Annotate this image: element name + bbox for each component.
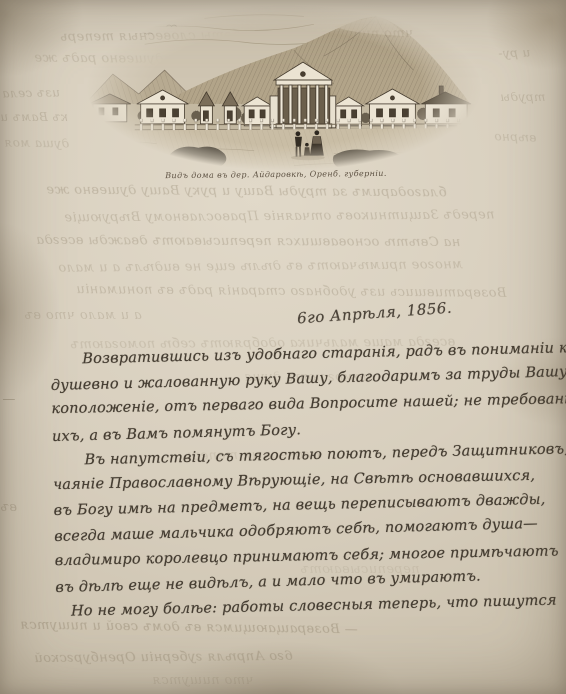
scanned-letter-page: что пишутся болѣе работы словесныя тепер… [0, 0, 566, 694]
letter-date: 6го Апрѣля, 1856. [297, 299, 453, 328]
bleedthrough-line: на Свѣтѣ основавшихся переписываютъ дваж… [36, 233, 460, 250]
bleedthrough-line: вѣрно [494, 129, 537, 144]
bleedthrough-line: въ [0, 500, 17, 515]
bleedthrough-line: что пишутся [152, 673, 254, 688]
bleedthrough-line: Возвратившись изъ удобнаго старанія радъ… [76, 282, 507, 301]
bleedthrough-line: къ Вамъ и [0, 110, 68, 124]
bleedthrough-line: и ру- [498, 45, 531, 60]
bleedthrough-line: благодаримъ за труды Вашу и руку Вашу ду… [46, 183, 447, 201]
bleedthrough-line: а и мало что въ [24, 308, 142, 323]
bleedthrough-line: труды [500, 90, 545, 104]
foreground-field [85, 128, 483, 172]
bleedthrough-line: передъ Защитниковъ отчаяніе Православном… [64, 207, 495, 225]
letter-paper-sheet: что пишутся болѣе работы словесныя тепер… [0, 0, 566, 694]
bleedthrough-line: душа моя [4, 135, 69, 150]
letter-body-text: Возвратившись изъ удобнаго старанія, рад… [50, 337, 536, 625]
estate-vignette-illustration [85, 4, 483, 172]
vignette-caption: Видъ дома въ дер. Айдаровкѣ, Оренб. губе… [118, 168, 434, 180]
bleedthrough-line: 6го Апрѣля губерніи Оренбургской [34, 649, 293, 666]
bleedthrough-line: — [2, 392, 15, 407]
bleedthrough-line: изъ села [2, 85, 60, 100]
bleedthrough-line: многое примѣчаютъ въ дѣлѣ еще не видѣлъ … [58, 257, 463, 276]
